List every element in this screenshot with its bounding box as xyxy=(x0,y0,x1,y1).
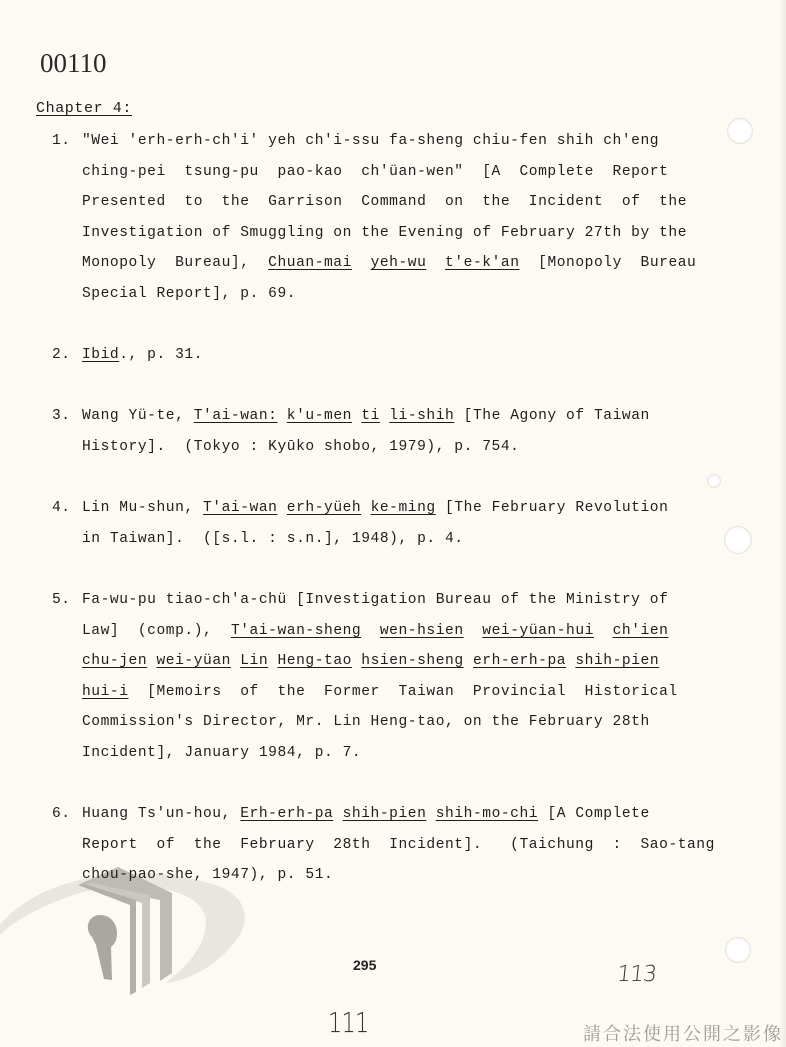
endnote-number: 5. xyxy=(52,585,82,616)
underlined-title-word: Erh-erh-pa xyxy=(240,806,333,822)
watermark-notice: 請合法使用公開之影像 xyxy=(583,1020,783,1046)
endnote-text xyxy=(594,623,613,639)
endnote-text xyxy=(352,408,361,424)
endnote-6: 6.Huang Ts'un-hou, Erh-erh-pa shih-pien … xyxy=(52,799,712,891)
underlined-title-word: Chuan-mai xyxy=(268,255,352,271)
endnote-text: in Taiwan]. ([s.l. : s.n.], 1948), p. 4. xyxy=(82,531,464,547)
endnote-text: Monopoly Bureau], xyxy=(82,255,268,271)
endnote-text xyxy=(352,653,361,669)
endnote-text: [Monopoly Bureau xyxy=(520,255,697,271)
underlined-title-word: ti xyxy=(361,408,380,424)
endnote-text: [Memoirs of the Former Taiwan Provincial… xyxy=(129,684,678,700)
endnote-text: [The Agony of Taiwan xyxy=(454,408,649,424)
endnote-2: 2.Ibid., p. 31. xyxy=(52,340,712,371)
endnote-text: Commission's Director, Mr. Lin Heng-tao,… xyxy=(82,714,650,730)
binder-hole xyxy=(727,118,753,144)
binder-hole xyxy=(724,526,752,554)
endnote-text xyxy=(277,500,286,516)
binder-hole-small xyxy=(707,474,721,488)
endnote-text xyxy=(268,653,277,669)
endnote-text: Investigation of Smuggling on the Evenin… xyxy=(82,225,687,241)
chapter-heading: Chapter 4: xyxy=(36,100,132,117)
underlined-title-word: shih-mo-chi xyxy=(436,806,538,822)
endnote-line: 5.Fa-wu-pu tiao-ch'a-chü [Investigation … xyxy=(52,585,712,616)
underlined-title-word: T'ai-wan xyxy=(203,500,277,516)
underlined-title-word: t'e-k'an xyxy=(445,255,519,271)
handwritten-number-bottom: 111 xyxy=(328,1006,368,1039)
endnote-text xyxy=(464,623,483,639)
endnote-line: 1."Wei 'erh-erh-ch'i' yeh ch'i-ssu fa-sh… xyxy=(52,126,712,157)
endnote-line: History]. (Tokyo : Kyūko shobo, 1979), p… xyxy=(52,432,712,463)
endnote-text xyxy=(426,806,435,822)
endnote-line: Special Report], p. 69. xyxy=(52,279,712,310)
underlined-title-word: Lin xyxy=(240,653,268,669)
chapter-heading-text: Chapter 4: xyxy=(36,100,132,117)
endnote-line: Law] (comp.), T'ai-wan-sheng wen-hsien w… xyxy=(52,616,712,647)
underlined-title-word: wei-yüan-hui xyxy=(482,623,594,639)
endnote-number: 4. xyxy=(52,493,82,524)
endnote-line: 2.Ibid., p. 31. xyxy=(52,340,712,371)
endnote-text: History]. (Tokyo : Kyūko shobo, 1979), p… xyxy=(82,439,519,455)
endnote-text xyxy=(277,408,286,424)
underlined-title-word: li-shih xyxy=(389,408,454,424)
endnote-text xyxy=(333,806,342,822)
archive-stamp-number: 00110 xyxy=(40,48,107,79)
underlined-title-word: erh-erh-pa xyxy=(473,653,566,669)
endnote-line: ching-pei tsung-pu pao-kao ch'üan-wen" [… xyxy=(52,157,712,188)
underlined-title-word: wei-yüan xyxy=(156,653,230,669)
binder-hole xyxy=(725,937,751,963)
endnote-text xyxy=(464,653,473,669)
underlined-title-word: shih-pien xyxy=(343,806,427,822)
endnote-line: Monopoly Bureau], Chuan-mai yeh-wu t'e-k… xyxy=(52,248,712,279)
underlined-title-word: T'ai-wan-sheng xyxy=(231,623,361,639)
endnote-line: Investigation of Smuggling on the Evenin… xyxy=(52,218,712,249)
endnote-line: hui-i [Memoirs of the Former Taiwan Prov… xyxy=(52,677,712,708)
endnote-line: Incident], January 1984, p. 7. xyxy=(52,738,712,769)
endnote-text xyxy=(426,255,445,271)
endnote-text xyxy=(566,653,575,669)
endnote-text: chou-pao-she, 1947), p. 51. xyxy=(82,867,333,883)
endnote-text: Special Report], p. 69. xyxy=(82,286,296,302)
endnote-text: Report of the February 28th Incident]. (… xyxy=(82,837,715,853)
endnote-text: Huang Ts'un-hou, xyxy=(82,806,240,822)
endnote-text: Wang Yü-te, xyxy=(82,408,194,424)
underlined-title-word: hui-i xyxy=(82,684,129,700)
scan-edge-shadow xyxy=(778,0,786,1047)
underlined-title-word: Heng-tao xyxy=(278,653,352,669)
endnote-line: Report of the February 28th Incident]. (… xyxy=(52,830,712,861)
endnote-text xyxy=(361,623,380,639)
endnote-text xyxy=(352,255,371,271)
endnote-text: "Wei 'erh-erh-ch'i' yeh ch'i-ssu fa-shen… xyxy=(82,133,659,149)
endnote-line: in Taiwan]. ([s.l. : s.n.], 1948), p. 4. xyxy=(52,524,712,555)
page-number: 295 xyxy=(353,957,376,973)
endnote-text: ching-pei tsung-pu pao-kao ch'üan-wen" [… xyxy=(82,164,668,180)
endnote-text: ., p. 31. xyxy=(119,347,203,363)
endnote-5: 5.Fa-wu-pu tiao-ch'a-chü [Investigation … xyxy=(52,585,712,769)
endnote-1: 1."Wei 'erh-erh-ch'i' yeh ch'i-ssu fa-sh… xyxy=(52,126,712,310)
endnote-text xyxy=(361,500,370,516)
endnote-line: Commission's Director, Mr. Lin Heng-tao,… xyxy=(52,707,712,738)
endnote-text xyxy=(231,653,240,669)
endnote-text: Incident], January 1984, p. 7. xyxy=(82,745,361,761)
endnote-line: 4.Lin Mu-shun, T'ai-wan erh-yüeh ke-ming… xyxy=(52,493,712,524)
endnote-3: 3.Wang Yü-te, T'ai-wan: k'u-men ti li-sh… xyxy=(52,401,712,462)
underlined-title-word: Ibid xyxy=(82,347,119,363)
underlined-title-word: hsien-sheng xyxy=(361,653,463,669)
underlined-title-word: T'ai-wan: xyxy=(194,408,278,424)
endnote-text: Lin Mu-shun, xyxy=(82,500,203,516)
underlined-title-word: chu-jen xyxy=(82,653,147,669)
underlined-title-word: ke-ming xyxy=(371,500,436,516)
handwritten-number-right: 113 xyxy=(616,962,658,987)
endnote-text: [The February Revolution xyxy=(436,500,669,516)
underlined-title-word: ch'ien xyxy=(613,623,669,639)
endnote-line: 6.Huang Ts'un-hou, Erh-erh-pa shih-pien … xyxy=(52,799,712,830)
endnote-line: Presented to the Garrison Command on the… xyxy=(52,187,712,218)
endnote-line: chou-pao-she, 1947), p. 51. xyxy=(52,860,712,891)
endnote-text: Fa-wu-pu tiao-ch'a-chü [Investigation Bu… xyxy=(82,592,668,608)
underlined-title-word: k'u-men xyxy=(287,408,352,424)
underlined-title-word: wen-hsien xyxy=(380,623,464,639)
endnote-text: Law] (comp.), xyxy=(82,623,231,639)
endnote-number: 3. xyxy=(52,401,82,432)
endnote-line: chu-jen wei-yüan Lin Heng-tao hsien-shen… xyxy=(52,646,712,677)
endnote-number: 1. xyxy=(52,126,82,157)
underlined-title-word: erh-yüeh xyxy=(287,500,361,516)
endnote-text: [A Complete xyxy=(538,806,650,822)
underlined-title-word: shih-pien xyxy=(575,653,659,669)
endnote-text xyxy=(380,408,389,424)
document-page: 00110 Chapter 4: 1."Wei 'erh-erh-ch'i' y… xyxy=(0,0,786,1047)
endnote-line: 3.Wang Yü-te, T'ai-wan: k'u-men ti li-sh… xyxy=(52,401,712,432)
underlined-title-word: yeh-wu xyxy=(371,255,427,271)
endnote-number: 6. xyxy=(52,799,82,830)
endnote-text: Presented to the Garrison Command on the… xyxy=(82,194,687,210)
endnote-4: 4.Lin Mu-shun, T'ai-wan erh-yüeh ke-ming… xyxy=(52,493,712,554)
endnote-number: 2. xyxy=(52,340,82,371)
